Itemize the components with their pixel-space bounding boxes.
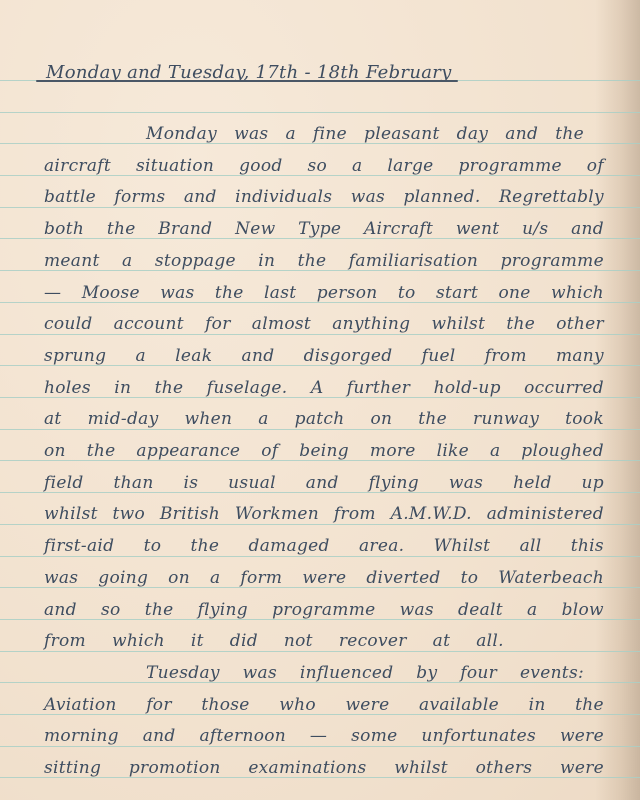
word: the xyxy=(506,314,535,334)
word: to xyxy=(144,536,162,556)
word: being xyxy=(299,441,349,461)
word: whilst xyxy=(44,504,98,524)
word: afternoon xyxy=(200,726,287,746)
word: for xyxy=(205,314,231,334)
word: A xyxy=(311,378,324,398)
word: start xyxy=(436,283,478,303)
word: was xyxy=(44,568,78,588)
word: a xyxy=(210,568,220,588)
word: and xyxy=(505,124,538,144)
word: Aircraft xyxy=(364,219,433,239)
word: fuel xyxy=(422,346,456,366)
word: leak xyxy=(175,346,212,366)
word: was xyxy=(160,283,194,303)
text-line: Tuesdaywasinfluencedbyfourevents: xyxy=(146,663,584,683)
word: many xyxy=(556,346,604,366)
word: further xyxy=(347,378,410,398)
word: the xyxy=(155,378,184,398)
word: Aviation xyxy=(44,695,117,715)
text-line: battleformsandindividualswasplanned.Regr… xyxy=(44,187,604,207)
word: New xyxy=(235,219,275,239)
word: going xyxy=(98,568,148,588)
word: in xyxy=(529,695,546,715)
rule-line xyxy=(0,746,640,747)
word: sprung xyxy=(44,346,106,366)
heading-underline xyxy=(36,80,458,82)
word: disgorged xyxy=(304,346,393,366)
word: and xyxy=(306,473,339,493)
word: not xyxy=(284,631,313,651)
word: — xyxy=(310,726,327,746)
word: was xyxy=(400,600,434,620)
word: unfortunates xyxy=(421,726,536,746)
word: programme xyxy=(272,600,375,620)
word: was xyxy=(243,663,277,683)
word: Brand xyxy=(158,219,212,239)
text-line: ontheappearanceofbeingmorelikeaploughed xyxy=(44,441,604,461)
text-line: fromwhichitdidnotrecoveratall. xyxy=(44,631,604,651)
text-line: whilsttwoBritishWorkmenfromA.M.W.D.admin… xyxy=(44,504,604,524)
word: hold-up xyxy=(434,378,501,398)
rule-line xyxy=(0,651,640,652)
text-line: sittingpromotionexaminationswhilstothers… xyxy=(44,758,604,778)
text-line: morningandafternoon—someunfortunateswere xyxy=(44,726,604,746)
word: were xyxy=(560,726,604,746)
text-line: andsotheflyingprogrammewasdealtablow xyxy=(44,600,604,620)
rule-line xyxy=(0,556,640,557)
word: on xyxy=(168,568,190,588)
word: sitting xyxy=(44,758,101,778)
word: almost xyxy=(252,314,311,334)
word: diverted xyxy=(366,568,440,588)
word: account xyxy=(114,314,184,334)
word: the xyxy=(107,219,136,239)
text-line: meantastoppageinthefamiliarisationprogra… xyxy=(44,251,604,271)
rule-line xyxy=(0,429,640,430)
word: than xyxy=(114,473,154,493)
word: person xyxy=(317,283,378,303)
word: promotion xyxy=(129,758,221,778)
word: flying xyxy=(198,600,248,620)
word: Monday xyxy=(146,124,217,144)
word: planned. xyxy=(403,187,480,207)
word: four xyxy=(460,663,497,683)
word: recover xyxy=(339,631,407,651)
word: went xyxy=(456,219,500,239)
rule-line xyxy=(0,524,640,525)
word: u/s xyxy=(522,219,548,239)
word: and xyxy=(571,219,604,239)
word: damaged xyxy=(249,536,330,556)
rule-line xyxy=(0,112,640,113)
word: both xyxy=(44,219,84,239)
word: one xyxy=(498,283,530,303)
word: in xyxy=(258,251,275,271)
word: were xyxy=(302,568,346,588)
text-line: Aviationforthosewhowereavailableinthe xyxy=(44,695,604,715)
word: more xyxy=(370,441,416,461)
word: and xyxy=(44,600,77,620)
word: available xyxy=(419,695,499,715)
text-line: sprungaleakanddisgorgedfuelfrommany xyxy=(44,346,604,366)
word: Type xyxy=(298,219,341,239)
word: at xyxy=(433,631,451,651)
word: day xyxy=(457,124,489,144)
word: from xyxy=(44,631,86,651)
word: is xyxy=(184,473,199,493)
word: appearance xyxy=(136,441,240,461)
word: a xyxy=(490,441,500,461)
word: in xyxy=(114,378,131,398)
word: Tuesday xyxy=(146,663,220,683)
word: which xyxy=(112,631,165,651)
word: runway xyxy=(473,409,539,429)
word: the xyxy=(298,251,327,271)
word: some xyxy=(351,726,397,746)
text-line: first-aidtothedamagedarea.Whilstallthis xyxy=(44,536,604,556)
word: Workmen xyxy=(235,504,319,524)
word: programme xyxy=(458,156,561,176)
word: holes xyxy=(44,378,91,398)
word: the xyxy=(575,695,604,715)
text-line: holesinthefuselage.Afurtherhold-upoccurr… xyxy=(44,378,604,398)
word: for xyxy=(146,695,172,715)
word: morning xyxy=(44,726,119,746)
word: a xyxy=(527,600,537,620)
word: the xyxy=(145,600,174,620)
word: to xyxy=(398,283,416,303)
word: by xyxy=(416,663,437,683)
text-line: Mondaywasafinepleasantdayandthe xyxy=(146,124,584,144)
word: situation xyxy=(136,156,214,176)
word: anything xyxy=(332,314,410,334)
word: were xyxy=(345,695,389,715)
word: last xyxy=(264,283,296,303)
word: usual xyxy=(228,473,276,493)
word: a xyxy=(122,251,132,271)
text-line: —Moosewasthelastpersontostartonewhich xyxy=(44,283,604,303)
word: held xyxy=(513,473,552,493)
word: battle xyxy=(44,187,96,207)
word: up xyxy=(582,473,604,493)
word: the xyxy=(555,124,584,144)
text-line: atmid-daywhenapatchontherunwaytook xyxy=(44,409,604,429)
word: stoppage xyxy=(155,251,236,271)
word: Waterbeach xyxy=(498,568,604,588)
word: administered xyxy=(487,504,604,524)
word: — xyxy=(44,283,61,303)
word: all. xyxy=(476,631,504,651)
word: familiarisation xyxy=(349,251,478,271)
word: large xyxy=(387,156,433,176)
word: examinations xyxy=(248,758,366,778)
word: from xyxy=(334,504,376,524)
word: dealt xyxy=(458,600,503,620)
word: a xyxy=(136,346,146,366)
word: on xyxy=(370,409,392,429)
word: was xyxy=(234,124,268,144)
word: flying xyxy=(369,473,419,493)
word: from xyxy=(485,346,527,366)
word: of xyxy=(261,441,278,461)
word: to xyxy=(461,568,479,588)
word: good xyxy=(239,156,282,176)
word: fine xyxy=(313,124,347,144)
word: could xyxy=(44,314,93,334)
word: so xyxy=(308,156,328,176)
word: like xyxy=(437,441,469,461)
word: A.M.W.D. xyxy=(391,504,472,524)
word: fuselage. xyxy=(207,378,288,398)
word: did xyxy=(230,631,258,651)
word: Moose xyxy=(82,283,140,303)
word: the xyxy=(215,283,244,303)
rule-line xyxy=(0,207,640,208)
word: programme xyxy=(501,251,604,271)
word: were xyxy=(560,758,604,778)
text-line: fieldthanisusualandflyingwasheldup xyxy=(44,473,604,493)
word: who xyxy=(279,695,316,715)
word: first-aid xyxy=(44,536,114,556)
word: the xyxy=(418,409,447,429)
word: whilst xyxy=(431,314,485,334)
word: other xyxy=(556,314,604,334)
word: Whilst xyxy=(434,536,491,556)
word: field xyxy=(44,473,84,493)
word: and xyxy=(242,346,275,366)
word: those xyxy=(201,695,249,715)
word: and xyxy=(143,726,176,746)
word: meant xyxy=(44,251,100,271)
word: ploughed xyxy=(521,441,604,461)
word: occurred xyxy=(524,378,604,398)
word: others xyxy=(476,758,533,778)
word: Regrettably xyxy=(499,187,604,207)
text-line: wasgoingonaformweredivertedtoWaterbeach xyxy=(44,568,604,588)
word: was xyxy=(449,473,483,493)
word: forms xyxy=(114,187,165,207)
word: on xyxy=(44,441,66,461)
text-line: couldaccountforalmostanythingwhilsttheot… xyxy=(44,314,604,334)
word: a xyxy=(258,409,268,429)
word: which xyxy=(551,283,604,303)
rule-line xyxy=(0,334,640,335)
notebook-page: Monday and Tuesday, 17th - 18th February… xyxy=(0,0,640,800)
word: at xyxy=(44,409,62,429)
word: British xyxy=(160,504,220,524)
word: a xyxy=(285,124,295,144)
word: when xyxy=(184,409,232,429)
word: the xyxy=(191,536,220,556)
word: of xyxy=(587,156,604,176)
word: whilst xyxy=(394,758,448,778)
word: all xyxy=(520,536,542,556)
word: events: xyxy=(520,663,584,683)
word: took xyxy=(565,409,604,429)
word: the xyxy=(87,441,116,461)
word: blow xyxy=(562,600,604,620)
word: two xyxy=(113,504,146,524)
word: it xyxy=(191,631,204,651)
word: aircraft xyxy=(44,156,111,176)
word: mid-day xyxy=(88,409,159,429)
word: and xyxy=(184,187,217,207)
word: individuals xyxy=(235,187,332,207)
word: area. xyxy=(359,536,404,556)
text-line: boththeBrandNewTypeAircraftwentu/sand xyxy=(44,219,604,239)
word: this xyxy=(571,536,604,556)
word: influenced xyxy=(300,663,394,683)
word: form xyxy=(240,568,282,588)
word: pleasant xyxy=(364,124,440,144)
word: a xyxy=(352,156,362,176)
word: so xyxy=(101,600,121,620)
word: was xyxy=(351,187,385,207)
word: patch xyxy=(295,409,345,429)
text-line: aircraftsituationgoodsoalargeprogrammeof xyxy=(44,156,604,176)
